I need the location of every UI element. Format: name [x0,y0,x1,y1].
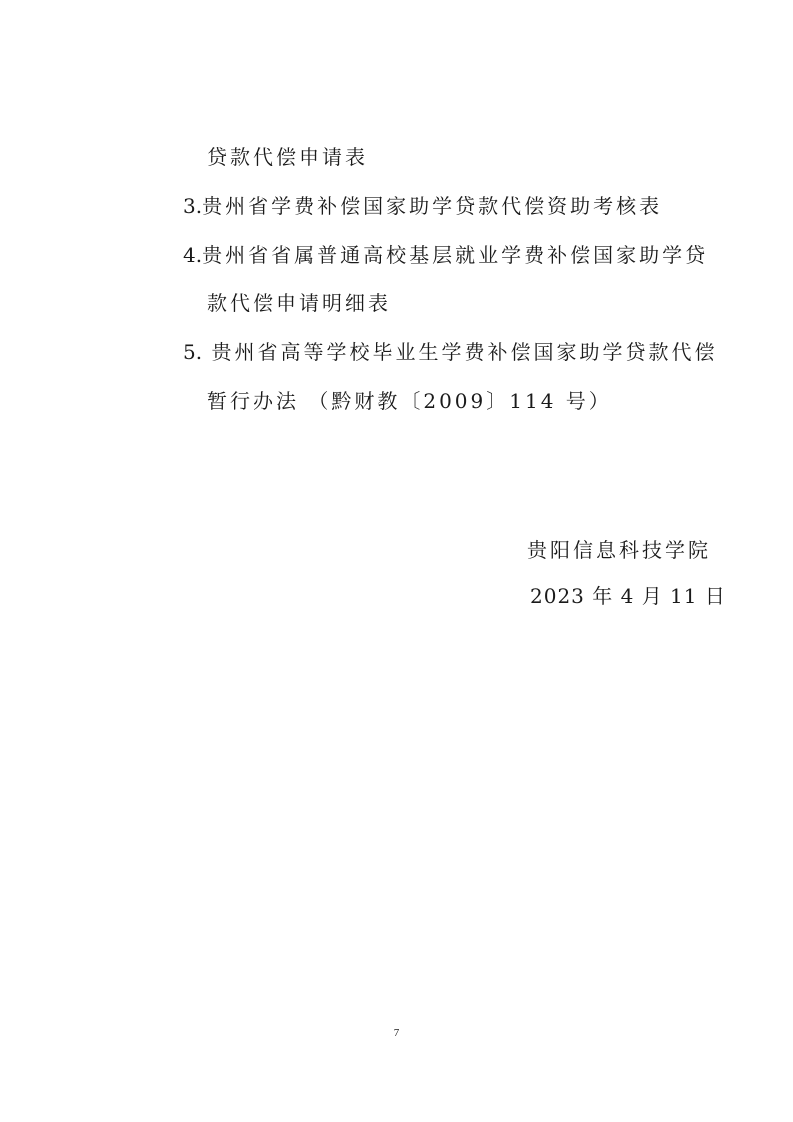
attachment-item-4-continuation: 款代偿申请明细表 [207,291,391,315]
item-number: 3. [183,194,202,218]
organization-name: 贵阳信息科技学院 [527,538,711,562]
line-text: 款代偿申请明细表 [207,291,391,315]
line-text: 贵州省省属普通高校基层就业学费补偿国家助学贷 [202,243,708,267]
attachment-item-4: 4.贵州省省属普通高校基层就业学费补偿国家助学贷 [183,243,708,267]
attachment-item-5: 5. 贵州省高等学校毕业生学费补偿国家助学贷款代偿 [183,340,717,364]
signature-date: 2023 年 4 月 11 日 [530,584,726,608]
line-text: 贵州省学费补偿国家助学贷款代偿资助考核表 [202,194,662,218]
document-page: 贷款代偿申请表 3.贵州省学费补偿国家助学贷款代偿资助考核表 4.贵州省省属普通… [0,0,793,1122]
attachment-item-3: 3.贵州省学费补偿国家助学贷款代偿资助考核表 [183,194,662,218]
attachment-item-2-continuation: 贷款代偿申请表 [207,145,368,169]
signature-organization: 贵阳信息科技学院 [527,538,711,562]
item-number: 5. [183,340,202,364]
line-text: 贷款代偿申请表 [207,145,368,169]
item-number: 4. [183,243,202,267]
date-text: 2023 年 4 月 11 日 [530,584,726,608]
line-text: 暂行办法 （黔财教〔2009〕114 号） [207,389,612,413]
line-text: 贵州省高等学校毕业生学费补偿国家助学贷款代偿 [202,340,717,364]
attachment-item-5-continuation: 暂行办法 （黔财教〔2009〕114 号） [207,389,612,413]
page-number: 7 [0,1027,793,1039]
